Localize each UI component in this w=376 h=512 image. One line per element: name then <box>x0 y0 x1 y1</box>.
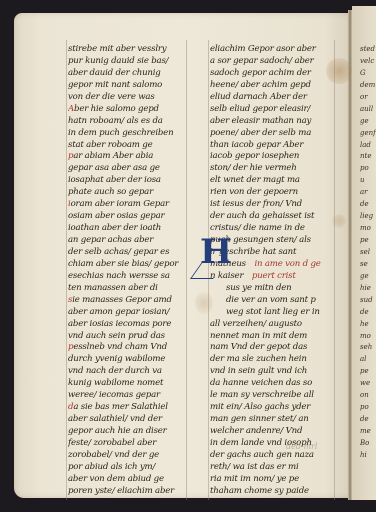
text-line: chiam aber sie bias/ gepor <box>68 259 198 271</box>
text-line: in dem puch geschreiben <box>68 128 198 140</box>
text-line: on <box>360 390 376 402</box>
text-line: pesslneb vnd cham Vnd <box>68 342 198 354</box>
text-line: de <box>360 414 376 426</box>
ruling-line-left <box>66 40 67 500</box>
text-line: hie <box>360 283 376 295</box>
text-line: se <box>360 259 376 271</box>
text-line: ge <box>360 116 376 128</box>
text-line: stat aber roboam ge <box>68 140 198 152</box>
text-line: der ma sle zuchen hein <box>210 354 345 366</box>
rubric-insert: in ame von d ge <box>252 259 321 269</box>
text-line: nennet man in mit dem <box>210 331 345 343</box>
text-line: G <box>360 68 376 80</box>
facing-page-text: stedvelcGdemoraullgegenfladntepouardelie… <box>360 44 376 462</box>
text-line: le man sy verschreibe all <box>210 390 345 402</box>
text-line: vnd auch sein prud das <box>68 331 198 343</box>
text-line: ist iesus der fron/ Vnd <box>210 199 345 211</box>
text-line: sus ye mitn den <box>210 283 345 295</box>
text-line: feste/ zorobabel aber <box>68 438 198 450</box>
text-line: po <box>360 163 376 175</box>
text-line: he <box>360 319 376 331</box>
text-line: poene/ aber der selb ma <box>210 128 345 140</box>
text-line: sie manasses Gepor amd <box>68 295 198 307</box>
text-line: nte <box>360 151 376 163</box>
text-line: phate auch so gepar <box>68 187 198 199</box>
text-line: elt wnet der magt ma <box>210 175 345 187</box>
text-line: da hanne veichen das so <box>210 378 345 390</box>
text-line: aber salathiel/ vnd der <box>68 414 198 426</box>
text-line: weree/ iecomas gepar <box>68 390 198 402</box>
text-line: mo <box>360 331 376 343</box>
text-line: mit ein/ Also gachs yder <box>210 402 345 414</box>
text-line: eliachim Gepor asor aber <box>210 44 345 56</box>
text-line: osiam aber osias gepar <box>68 211 198 223</box>
text-line: der auch da gehaisset ist <box>210 211 345 223</box>
text-line: esechias nach wersse sa <box>68 271 198 283</box>
text-line: iosaphat aber der iosa <box>68 175 198 187</box>
text-line: sel <box>360 247 376 259</box>
text-line: stirebe mit aber vesslry <box>68 44 198 56</box>
text-line: von der die vere was <box>68 92 198 104</box>
text-line: da sie bas mer Salathiel <box>68 402 198 414</box>
text-line: iacob gepor iosephen <box>210 151 345 163</box>
text-line: rien von der gepoern <box>210 187 345 199</box>
text-line: sud <box>360 295 376 307</box>
text-line: or <box>360 92 376 104</box>
text-line: ioram aber ioram Gepar <box>68 199 198 211</box>
text-line: ston/ der hie vermeh <box>210 163 345 175</box>
text-line: we <box>360 378 376 390</box>
margin-pencil-note: ded mrl <box>286 442 318 451</box>
text-line: vnd in sein gult vnd ich <box>210 366 345 378</box>
text-line: nam Vnd der gepot das <box>210 342 345 354</box>
text-line: dem <box>360 80 376 92</box>
text-line: selb eliud gepor eleasir/ <box>210 104 345 116</box>
text-line: po <box>360 402 376 414</box>
text-line: aber von dem abiud ge <box>68 474 198 486</box>
text-line: a sor gepar sadoch/ aber <box>210 56 345 68</box>
text-line: aber eleasir mathan nay <box>210 116 345 128</box>
text-line: heene/ aber achim gepd <box>210 80 345 92</box>
text-line: por abiud als ich ym/ <box>68 462 198 474</box>
text-line: gepor mit nant salomo <box>68 80 198 92</box>
text-line: lad <box>360 140 376 152</box>
text-line: thaham chome sy paide <box>210 486 345 498</box>
text-line: n kaiser puert crist <box>210 271 345 283</box>
text-line: in dem lande vnd iosoph <box>210 438 345 450</box>
text-line: ioathan aber der ioath <box>68 223 198 235</box>
text-line: aber iosias iecomas pore <box>68 319 198 331</box>
text-line: me <box>360 426 376 438</box>
text-line: durch yvenig wabilome <box>68 354 198 366</box>
text-line: sted <box>360 44 376 56</box>
text-line: ria mit im nom/ ye pe <box>210 474 345 486</box>
text-line: hatn roboam/ als es da <box>68 116 198 128</box>
text-line: an gepar achas aber <box>68 235 198 247</box>
text-line: reth/ wa ist das er mi <box>210 462 345 474</box>
text-line: die ver an vom sant p <box>210 295 345 307</box>
text-line: pur kunig dauid sie bas/ <box>68 56 198 68</box>
text-line: vnd nach der durch va <box>68 366 198 378</box>
text-line: Aber hie salomo gepd <box>68 104 198 116</box>
text-line: lieg <box>360 211 376 223</box>
text-line: all verzeihen/ augusto <box>210 319 345 331</box>
text-line: Bo <box>360 438 376 450</box>
rubric-insert: puert crist <box>249 271 295 281</box>
text-line: welcher andenre/ Vnd <box>210 426 345 438</box>
text-line: par abiam Aber abia <box>68 151 198 163</box>
text-line: pe <box>360 366 376 378</box>
text-line: de <box>360 307 376 319</box>
text-line: de <box>360 199 376 211</box>
text-line: pe <box>360 235 376 247</box>
text-line: man gen sinner stet/ an <box>210 414 345 426</box>
text-line: der selb achas/ gepar es <box>68 247 198 259</box>
text-line: sadoch gepor achim der <box>210 68 345 80</box>
text-line: ten manassen aber di <box>68 283 198 295</box>
text-line: velc <box>360 56 376 68</box>
text-line: genf <box>360 128 376 140</box>
text-line: aber amon gepar iosian/ <box>68 307 198 319</box>
text-line: u <box>360 175 376 187</box>
text-line: aull <box>360 104 376 116</box>
text-line: than iacob gepar Aber <box>210 140 345 152</box>
text-line: gepor auch hie an diser <box>68 426 198 438</box>
text-line: ge <box>360 271 376 283</box>
text-line: aber dauid der chunig <box>68 68 198 80</box>
text-line: poren yste/ eliachim aber <box>68 486 198 498</box>
text-column-left: stirebe mit aber vesslrypur kunig dauid … <box>68 44 198 498</box>
text-line: mo <box>360 223 376 235</box>
text-line: ar <box>360 187 376 199</box>
text-line: seh <box>360 342 376 354</box>
text-line: weg stot lant lieg er in <box>210 307 345 319</box>
text-line: al <box>360 354 376 366</box>
text-line: gepar asa aber asa ge <box>68 163 198 175</box>
text-line: eliud darnach Aber der <box>210 92 345 104</box>
text-line: kunig wabilome nomet <box>68 378 198 390</box>
text-line: zorobabel/ vnd der ge <box>68 450 198 462</box>
text-line: der gachs auch gen naza <box>210 450 345 462</box>
text-line: hi <box>360 450 376 462</box>
